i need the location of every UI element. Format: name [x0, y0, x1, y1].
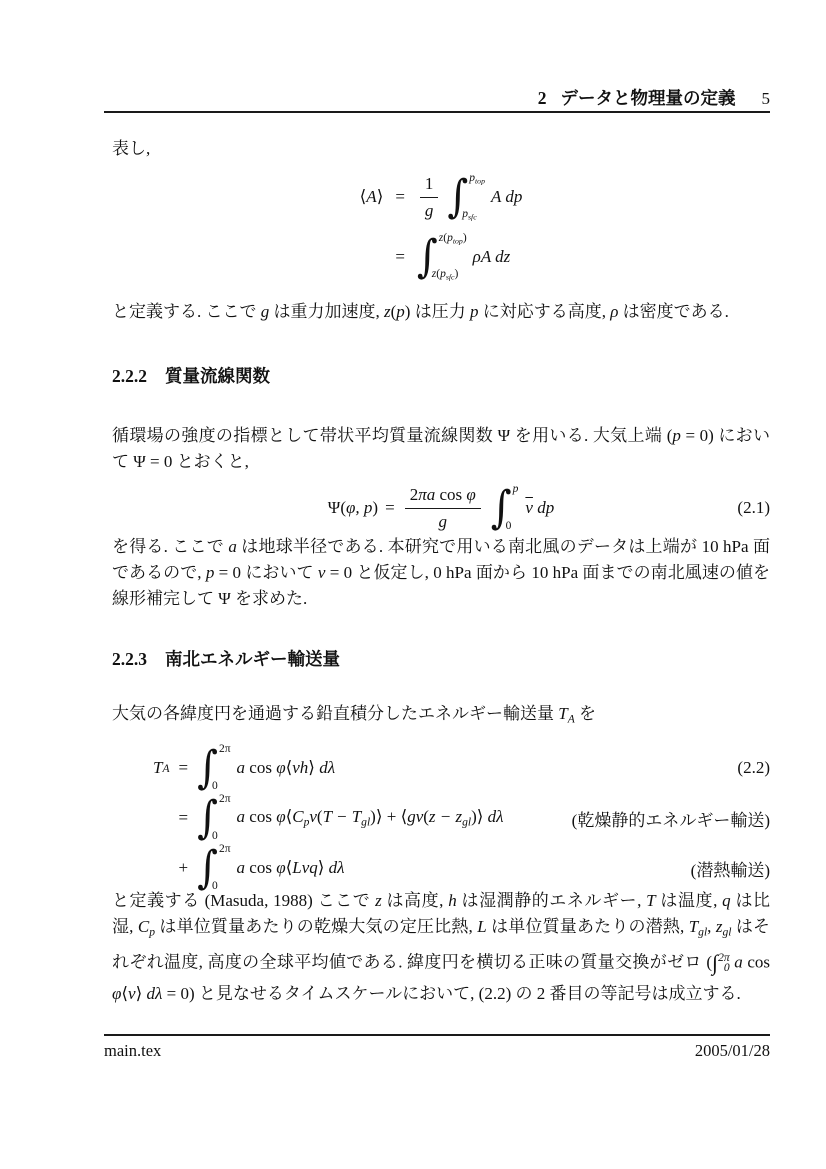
eq22-equals-2: =	[179, 795, 189, 841]
eq22-body-1: a cos φ⟨vh⟩ dλ	[237, 758, 336, 778]
eq21-body: v dp	[525, 498, 554, 518]
eq-avg-body-2: ρA dz	[473, 247, 511, 267]
integral-icon: ∫	[197, 846, 218, 891]
eq22-body-3: a cos φ⟨Lvq⟩ dλ	[237, 858, 345, 878]
equation-number-2-2: (2.2)	[737, 745, 770, 791]
document-page: 2 データと物理量の定義 5 表し, ⟨A⟩ = 1 g ∫ ptop psfc	[0, 0, 826, 1169]
integral-icon: ∫	[417, 235, 438, 280]
integral-height: ∫ z(ptop) z(psfc)	[417, 232, 467, 282]
intro-text: 表し,	[112, 136, 770, 162]
header-section-title: データと物理量の定義	[561, 85, 736, 110]
integral-pressure: ∫ ptop psfc	[447, 172, 485, 222]
eq-avg-rhs-1: 1 g ∫ ptop psfc A dp	[417, 172, 522, 222]
label-latent-heat: (潜熱輸送)	[691, 845, 770, 891]
eq21-lhs: Ψ(φ, p)	[328, 498, 378, 518]
page-footer: main.tex 2005/01/28	[104, 1041, 770, 1061]
eq21-equals: =	[385, 498, 395, 518]
integral-icon: ∫	[447, 175, 468, 220]
fraction-2pi-a-cos: 2πa cos φ g	[405, 484, 481, 532]
page-number: 5	[762, 89, 771, 109]
eq-avg-lhs: ⟨A⟩	[360, 187, 384, 207]
paragraph-define-symbols: と定義する. ここで g は重力加速度, z(p) は圧力 p に対応する高度,…	[112, 299, 770, 325]
header-rule	[104, 111, 770, 113]
footer-date: 2005/01/28	[695, 1041, 770, 1061]
eq22-lhs: TA	[153, 745, 170, 791]
eq-avg-rhs-2: ∫ z(ptop) z(psfc) ρA dz	[417, 232, 522, 282]
footer-filename: main.tex	[104, 1041, 161, 1061]
equation-vertical-average: ⟨A⟩ = 1 g ∫ ptop psfc A dp =	[112, 172, 770, 282]
section-number: 2.2.3	[112, 649, 147, 670]
integral-icon: ∫	[197, 746, 218, 791]
integral-icon: ∫	[491, 486, 512, 531]
equation-2-1: Ψ(φ, p) = 2πa cos φ g ∫ p 0 v dp (2.1)	[112, 482, 770, 534]
section-heading-222: 2.2.2 質量流線関数	[112, 366, 270, 387]
label-dry-static-energy: (乾燥静的エネルギー輸送)	[572, 795, 770, 841]
eq-avg-equals-2: =	[395, 247, 405, 267]
section-title: 質量流線関数	[165, 366, 270, 387]
eq-avg-equals-1: =	[395, 187, 405, 207]
running-header: 2 データと物理量の定義 5	[104, 85, 770, 110]
integral-0-to-2pi: ∫ 2π 0	[197, 743, 230, 793]
integral-0-to-p: ∫ p 0	[491, 483, 519, 533]
integral-0-to-2pi: ∫ 2π 0	[197, 793, 230, 843]
integral-icon: ∫	[197, 796, 218, 841]
eq-avg-body-1: A dp	[491, 187, 522, 207]
integral-0-to-2pi: ∫ 2π 0	[197, 843, 230, 893]
eq22-body-2: a cos φ⟨Cpv(T − Tgl)⟩ + ⟨gv(z − zgl)⟩ dλ	[237, 807, 504, 828]
equation-number-2-1: (2.1)	[737, 498, 770, 518]
section-number: 2.2.2	[112, 366, 147, 387]
eq22-equals-1: =	[179, 745, 189, 791]
equation-2-2: TA = ∫ 2π 0 a cos φ⟨vh⟩ dλ (2.2) = ∫	[153, 743, 770, 893]
paragraph-masuda-definitions: と定義する (Masuda, 1988) ここで z は高度, h は湿潤静的エ…	[112, 888, 770, 1007]
paragraph-streamfunction: 循環場の強度の指標として帯状平均質量流線関数 Ψ を用いる. 大気上端 (p =…	[112, 423, 770, 475]
eq22-plus: +	[179, 845, 189, 891]
footer-rule	[104, 1034, 770, 1036]
header-section-number: 2	[538, 88, 547, 109]
paragraph-earth-radius: を得る. ここで a は地球半径である. 本研究で用いる南北風のデータは上端が …	[112, 534, 770, 612]
section-heading-223: 2.2.3 南北エネルギー輸送量	[112, 649, 340, 670]
section-title: 南北エネルギー輸送量	[165, 649, 340, 670]
fraction-1-over-g: 1 g	[420, 173, 439, 221]
paragraph-ta-intro: 大気の各緯度円を通過する鉛直積分したエネルギー輸送量 TA を	[112, 701, 770, 732]
